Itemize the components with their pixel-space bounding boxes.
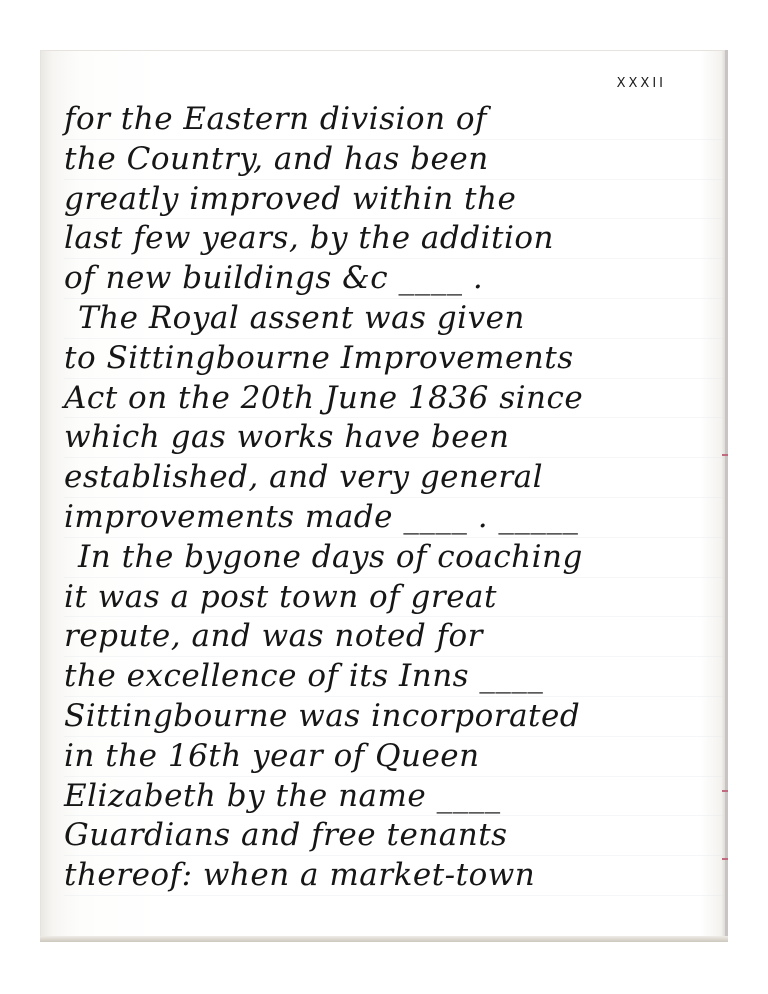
text-line: Sittingbourne was incorporated bbox=[64, 697, 724, 737]
text-line: Act on the 20th June 1836 since bbox=[64, 379, 724, 419]
text-line: greatly improved within the bbox=[64, 180, 724, 220]
text-line: improvements made ____ . _____ bbox=[64, 498, 724, 538]
text-line: established, and very general bbox=[64, 458, 724, 498]
text-line: it was a post town of great bbox=[64, 578, 724, 618]
text-line: of new buildings &c ____ . bbox=[64, 259, 724, 299]
manuscript-page: XXXII for the Eastern division of the Co… bbox=[40, 50, 728, 942]
handwritten-text: for the Eastern division of the Country,… bbox=[64, 100, 724, 896]
text-line: Guardians and free tenants bbox=[64, 816, 724, 856]
text-line: repute, and was noted for bbox=[64, 617, 724, 657]
text-line: last few years, by the addition bbox=[64, 219, 724, 259]
text-line: the Country, and has been bbox=[64, 140, 724, 180]
text-line: thereof: when a market-town bbox=[64, 856, 724, 896]
text-line: In the bygone days of coaching bbox=[64, 538, 724, 578]
text-line: the excellence of its Inns ____ bbox=[64, 657, 724, 697]
text-line: to Sittingbourne Improvements bbox=[64, 339, 724, 379]
text-line: Elizabeth by the name ____ bbox=[64, 777, 724, 817]
text-line: The Royal assent was given bbox=[64, 299, 724, 339]
page-edge bbox=[725, 50, 728, 942]
text-line: for the Eastern division of bbox=[64, 100, 724, 140]
page-number: XXXII bbox=[617, 76, 666, 91]
text-line: which gas works have been bbox=[64, 418, 724, 458]
text-line: in the 16th year of Queen bbox=[64, 737, 724, 777]
